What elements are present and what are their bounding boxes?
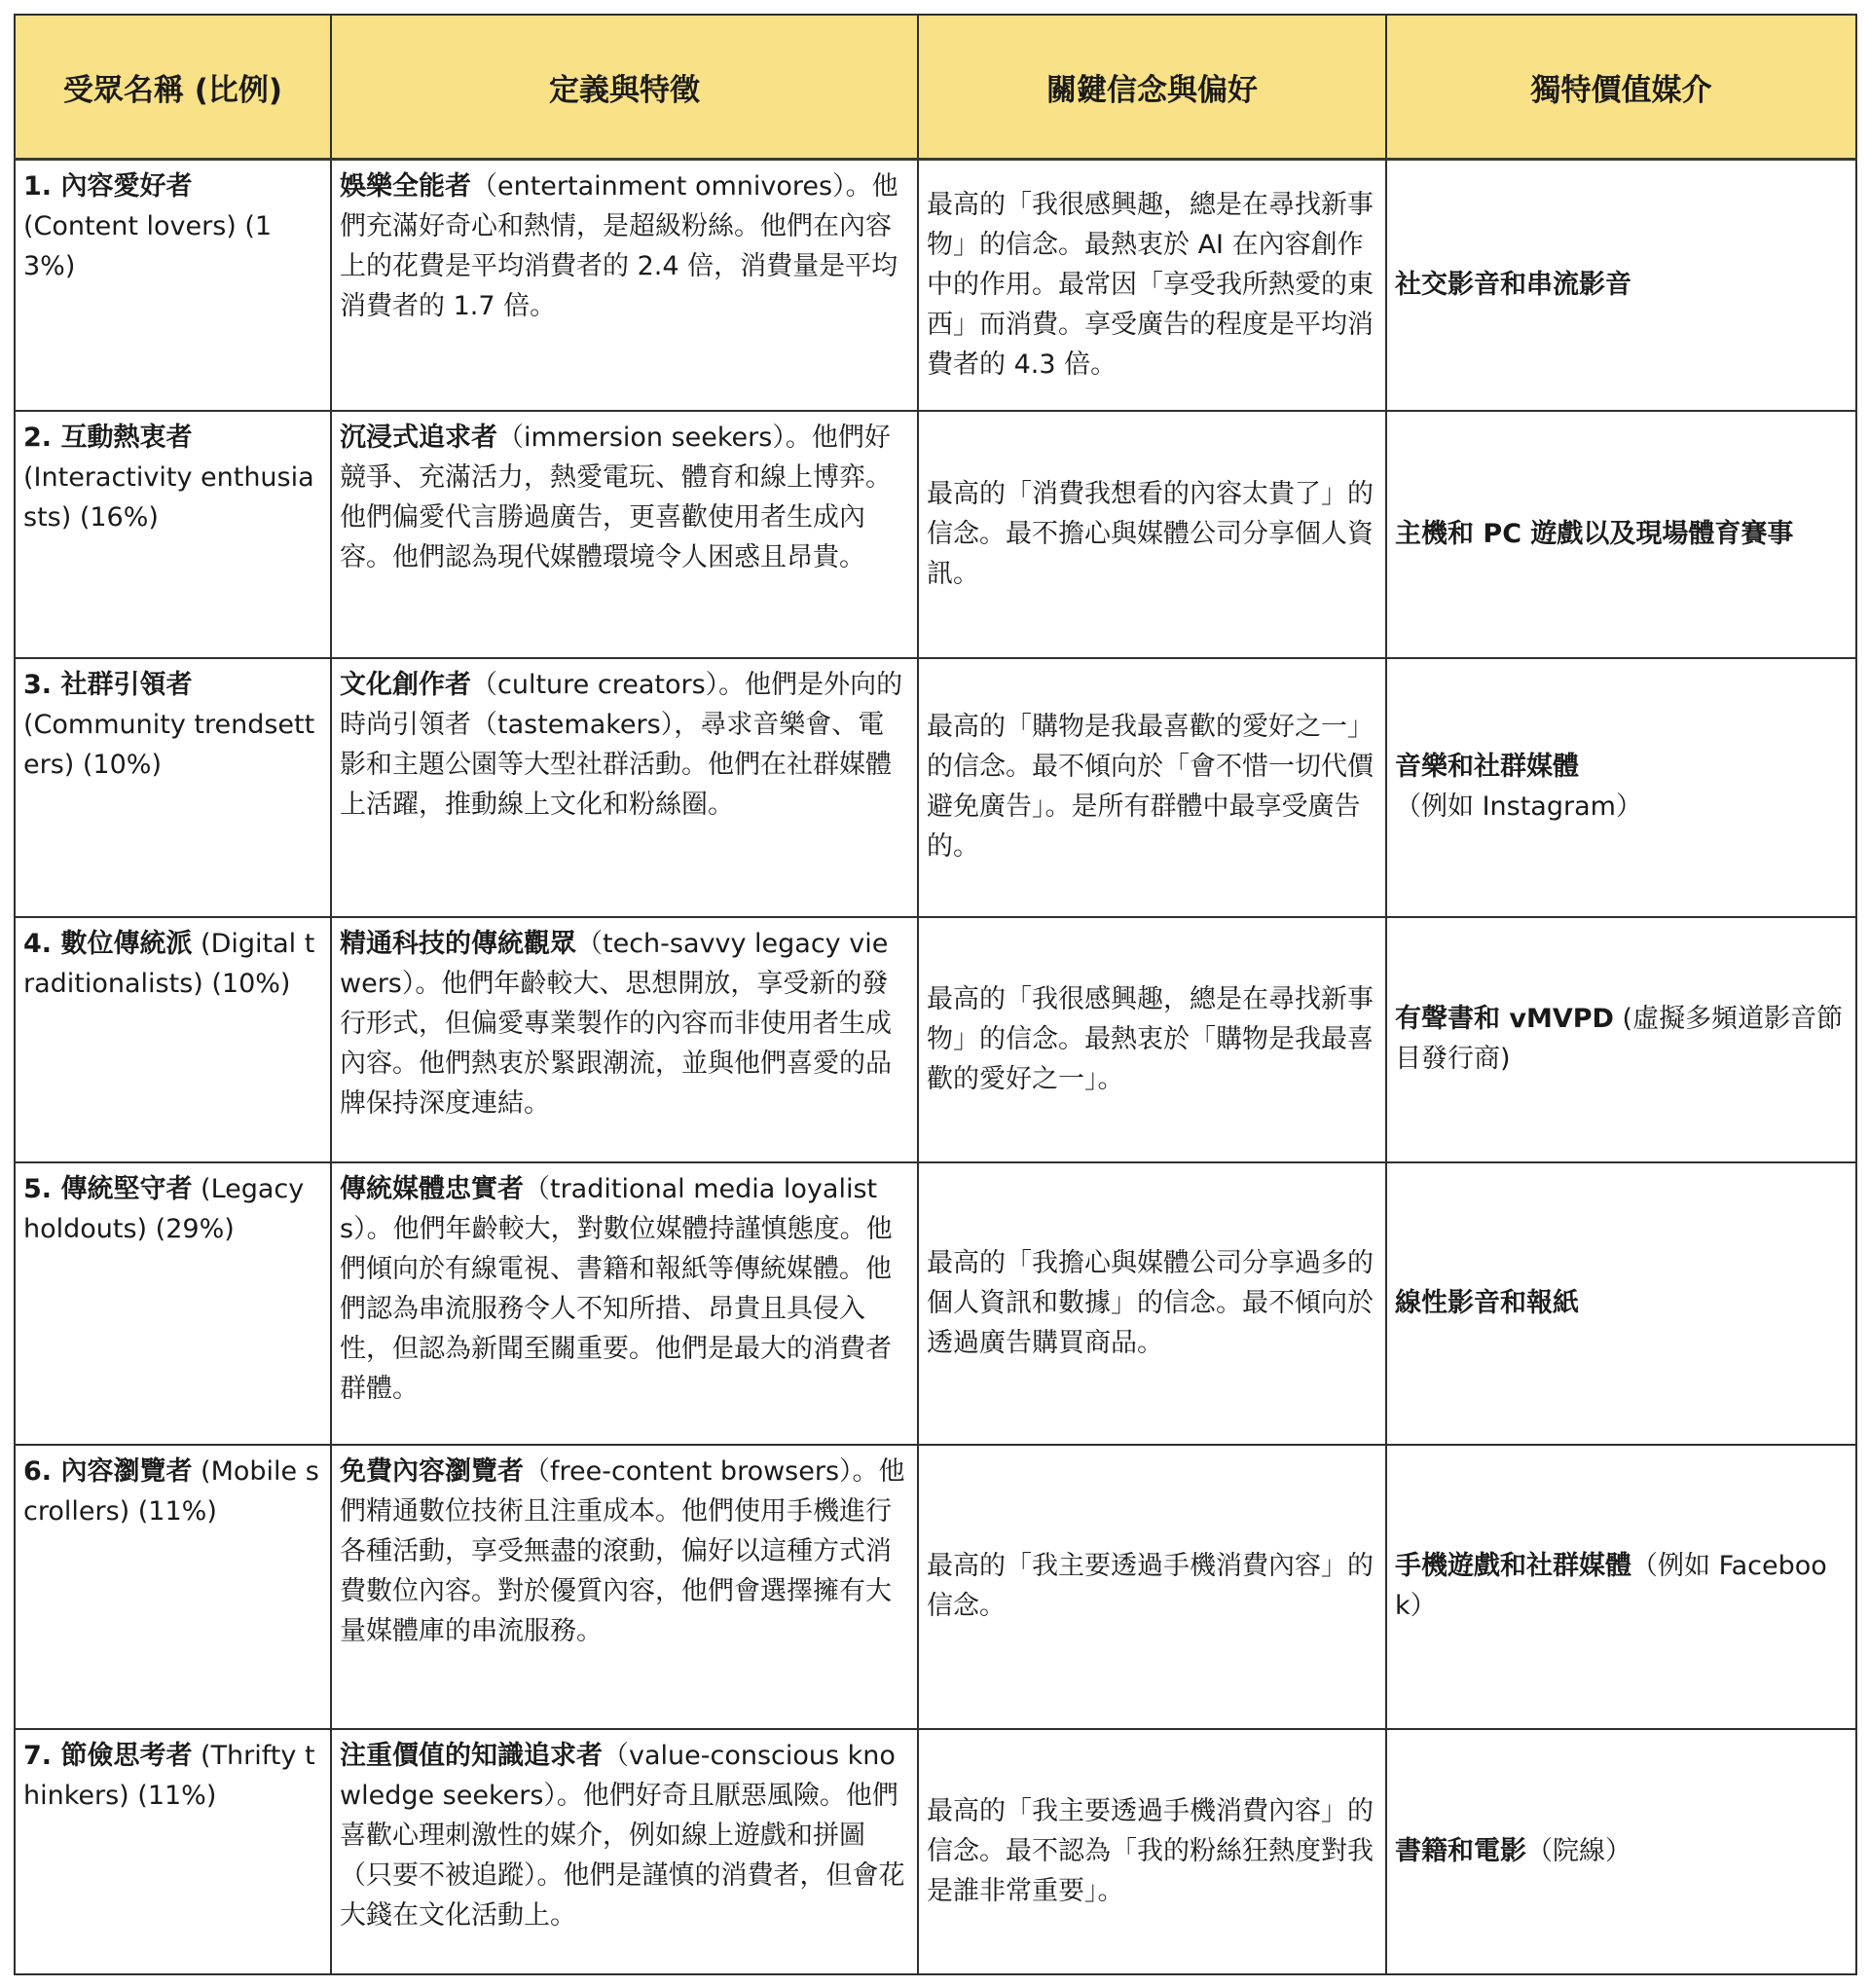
media-cell: 有聲書和 vMVPD (虛擬多頻道影音節目發行商) bbox=[1386, 917, 1856, 1162]
definition-cell: 注重價值的知識追求者（value-conscious knowledge see… bbox=[331, 1729, 918, 1974]
definition-title: 傳統媒體忠實者 bbox=[340, 1174, 524, 1204]
definition-cell: 文化創作者（culture creators）。他們是外向的時尚引領者（tast… bbox=[331, 658, 918, 917]
audience-name-zh: 6. 內容瀏覽者 bbox=[23, 1456, 192, 1487]
audience-name-cell: 2. 互動熱衷者 (Interactivity enthusiasts) (16… bbox=[15, 411, 331, 658]
media-cell: 音樂和社群媒體 （例如 Instagram） bbox=[1386, 658, 1856, 917]
table-row: 3. 社群引領者 (Community trendsetters) (10%) … bbox=[15, 658, 1856, 917]
audience-name-cell: 5. 傳統堅守者 (Legacy holdouts) (29%) bbox=[15, 1162, 331, 1445]
beliefs-cell: 最高的「我擔心與媒體公司分享過多的個人資訊和數據」的信念。最不傾向於透過廣告購買… bbox=[918, 1162, 1386, 1445]
definition-title: 注重價值的知識追求者 bbox=[340, 1741, 603, 1771]
media-title: 社交影音和串流影音 bbox=[1395, 270, 1631, 300]
audience-name-zh: 3. 社群引領者 bbox=[23, 670, 192, 700]
media-cell: 社交影音和串流影音 bbox=[1386, 160, 1856, 412]
media-cell: 主機和 PC 遊戲以及現場體育賽事 bbox=[1386, 411, 1856, 658]
media-note: （例如 Instagram） bbox=[1395, 792, 1642, 822]
audience-name-cell: 7. 節儉思考者 (Thrifty thinkers) (11%) bbox=[15, 1729, 331, 1974]
media-cell: 手機遊戲和社群媒體（例如 Facebook） bbox=[1386, 1445, 1856, 1729]
definition-cell: 精通科技的傳統觀眾（tech-savvy legacy viewers）。他們年… bbox=[331, 917, 918, 1162]
table-row: 5. 傳統堅守者 (Legacy holdouts) (29%) 傳統媒體忠實者… bbox=[15, 1162, 1856, 1445]
audience-segments-table-container: 受眾名稱 (比例) 定義與特徵 關鍵信念與偏好 獨特價值媒介 1. 內容愛好者 … bbox=[14, 14, 1855, 1975]
audience-name-cell: 6. 內容瀏覽者 (Mobile scrollers) (11%) bbox=[15, 1445, 331, 1729]
audience-name-en: (Content lovers) (13%) bbox=[23, 211, 272, 281]
beliefs-cell: 最高的「購物是我最喜歡的愛好之一」的信念。最不傾向於「會不惜一切代價避免廣告」。… bbox=[918, 658, 1386, 917]
definition-title: 娛樂全能者 bbox=[340, 171, 471, 202]
audience-segments-table: 受眾名稱 (比例) 定義與特徵 關鍵信念與偏好 獨特價值媒介 1. 內容愛好者 … bbox=[14, 14, 1857, 1975]
audience-name-en: (Interactivity enthusiasts) (16%) bbox=[23, 462, 314, 533]
definition-title: 文化創作者 bbox=[340, 670, 471, 700]
header-row: 受眾名稱 (比例) 定義與特徵 關鍵信念與偏好 獨特價值媒介 bbox=[15, 15, 1856, 160]
audience-name-cell: 1. 內容愛好者 (Content lovers) (13%) bbox=[15, 160, 331, 412]
definition-cell: 沉浸式追求者（immersion seekers）。他們好競爭、充滿活力，熱愛電… bbox=[331, 411, 918, 658]
audience-name-zh: 1. 內容愛好者 bbox=[23, 171, 192, 202]
definition-cell: 娛樂全能者（entertainment omnivores）。他們充滿好奇心和熱… bbox=[331, 160, 918, 412]
header-definition: 定義與特徵 bbox=[331, 15, 918, 160]
table-header: 受眾名稱 (比例) 定義與特徵 關鍵信念與偏好 獨特價值媒介 bbox=[15, 15, 1856, 160]
audience-name-zh: 2. 互動熱衷者 bbox=[23, 423, 192, 453]
table-row: 7. 節儉思考者 (Thrifty thinkers) (11%) 注重價值的知… bbox=[15, 1729, 1856, 1974]
audience-name-en: (Community trendsetters) (10%) bbox=[23, 710, 314, 780]
media-cell: 線性影音和報紙 bbox=[1386, 1162, 1856, 1445]
table-body: 1. 內容愛好者 (Content lovers) (13%) 娛樂全能者（en… bbox=[15, 160, 1856, 1975]
definition-title: 免費內容瀏覽者 bbox=[340, 1456, 524, 1487]
media-title: 手機遊戲和社群媒體 bbox=[1395, 1551, 1631, 1581]
media-title: 音樂和社群媒體 bbox=[1395, 752, 1579, 782]
audience-name-cell: 3. 社群引領者 (Community trendsetters) (10%) bbox=[15, 658, 331, 917]
header-unique-media: 獨特價值媒介 bbox=[1386, 15, 1856, 160]
beliefs-cell: 最高的「我主要透過手機消費內容」的信念。 bbox=[918, 1445, 1386, 1729]
table-row: 6. 內容瀏覽者 (Mobile scrollers) (11%) 免費內容瀏覽… bbox=[15, 1445, 1856, 1729]
media-title: 有聲書和 vMVPD bbox=[1395, 1004, 1614, 1034]
beliefs-cell: 最高的「消費我想看的內容太貴了」的信念。最不擔心與媒體公司分享個人資訊。 bbox=[918, 411, 1386, 658]
audience-name-zh: 7. 節儉思考者 bbox=[23, 1741, 192, 1771]
beliefs-cell: 最高的「我很感興趣，總是在尋找新事物」的信念。最熱衷於 AI 在內容創作中的作用… bbox=[918, 160, 1386, 412]
definition-cell: 傳統媒體忠實者（traditional media loyalists）。他們年… bbox=[331, 1162, 918, 1445]
definition-title: 沉浸式追求者 bbox=[340, 423, 497, 453]
beliefs-cell: 最高的「我主要透過手機消費內容」的信念。最不認為「我的粉絲狂熱度對我是誰非常重要… bbox=[918, 1729, 1386, 1974]
media-cell: 書籍和電影（院線） bbox=[1386, 1729, 1856, 1974]
header-key-beliefs: 關鍵信念與偏好 bbox=[918, 15, 1386, 160]
definition-cell: 免費內容瀏覽者（free-content browsers）。他們精通數位技術且… bbox=[331, 1445, 918, 1729]
audience-name-zh: 5. 傳統堅守者 bbox=[23, 1174, 192, 1204]
header-audience-name: 受眾名稱 (比例) bbox=[15, 15, 331, 160]
media-note: （院線） bbox=[1526, 1836, 1631, 1866]
table-row: 1. 內容愛好者 (Content lovers) (13%) 娛樂全能者（en… bbox=[15, 160, 1856, 412]
audience-name-cell: 4. 數位傳統派 (Digital traditionalists) (10%) bbox=[15, 917, 331, 1162]
media-title: 線性影音和報紙 bbox=[1395, 1288, 1579, 1318]
definition-title: 精通科技的傳統觀眾 bbox=[340, 929, 576, 959]
audience-name-zh: 4. 數位傳統派 bbox=[23, 929, 192, 959]
table-row: 2. 互動熱衷者 (Interactivity enthusiasts) (16… bbox=[15, 411, 1856, 658]
beliefs-cell: 最高的「我很感興趣，總是在尋找新事物」的信念。最熱衷於「購物是我最喜歡的愛好之一… bbox=[918, 917, 1386, 1162]
media-title: 主機和 PC 遊戲以及現場體育賽事 bbox=[1395, 519, 1793, 549]
definition-text: （traditional media loyalists）。他們年齡較大，對數位… bbox=[340, 1174, 893, 1404]
media-title: 書籍和電影 bbox=[1395, 1836, 1526, 1866]
table-row: 4. 數位傳統派 (Digital traditionalists) (10%)… bbox=[15, 917, 1856, 1162]
